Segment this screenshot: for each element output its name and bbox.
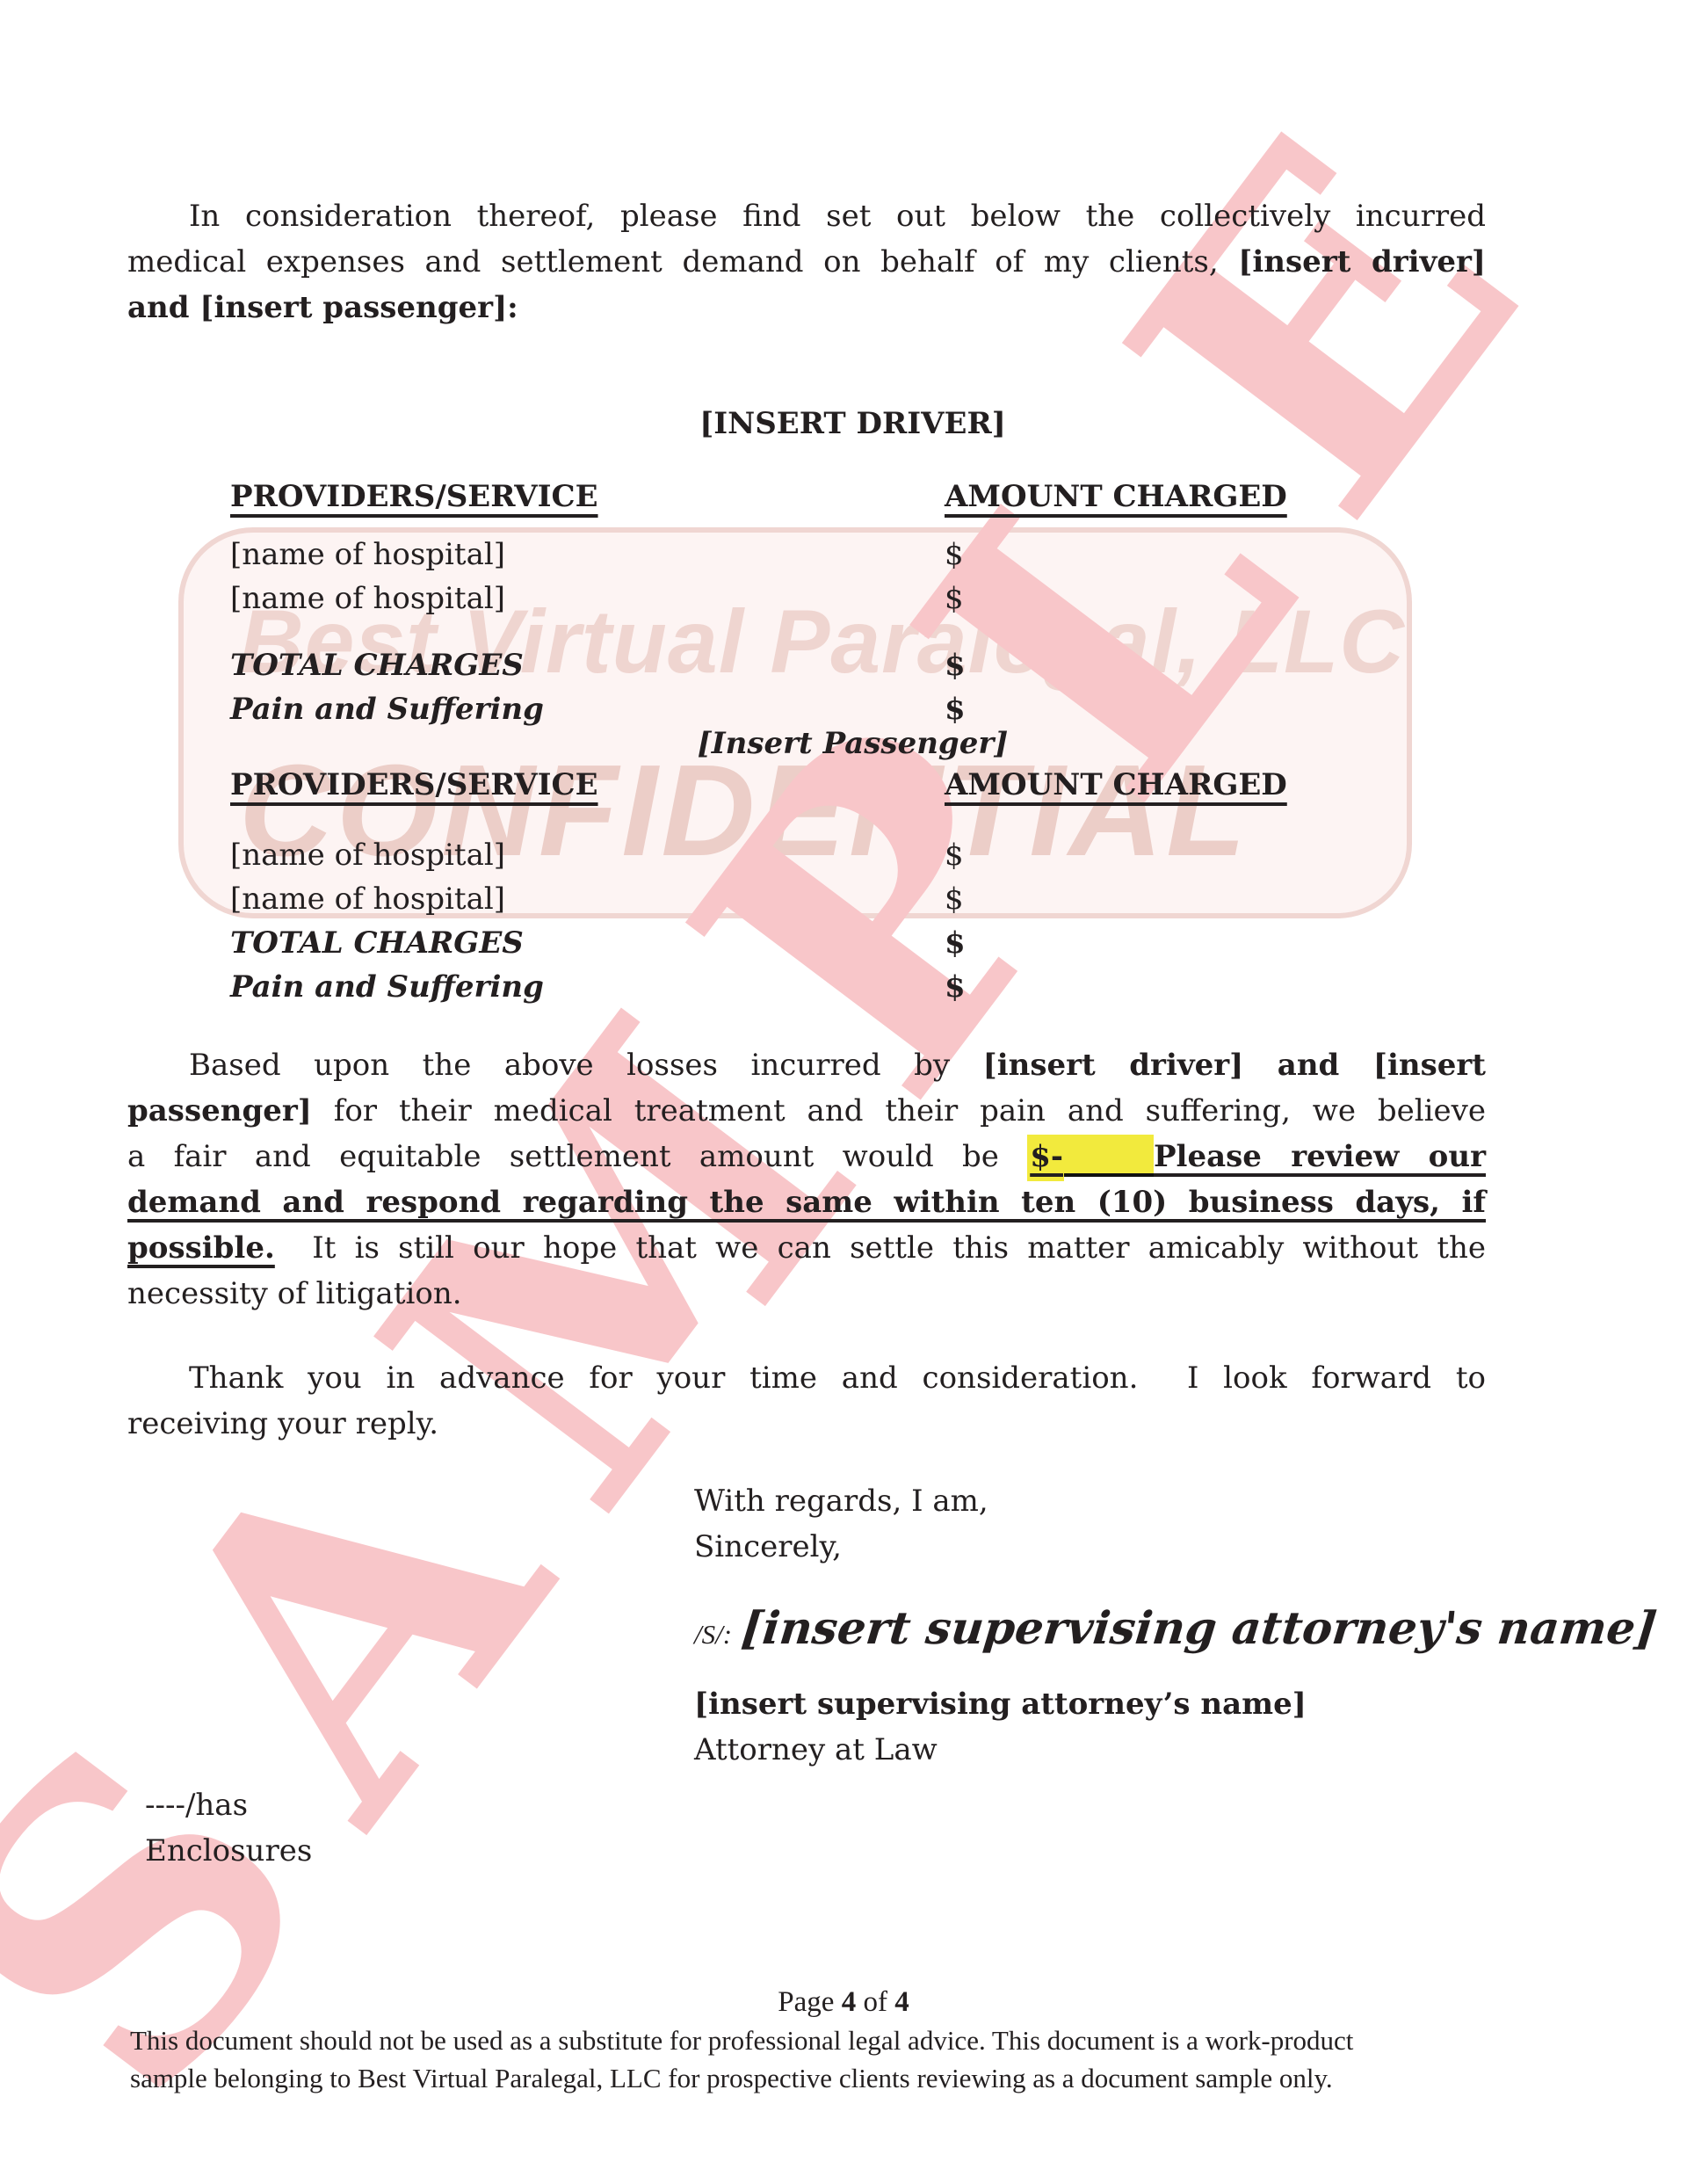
paragraph-line: In consideration thereof, please find se… [127,193,1486,239]
table-header-row: PROVIDERS/SERVICE AMOUNT CHARGED [127,475,1486,519]
enclosures-label: Enclosures [145,1828,312,1874]
paragraph-line: a fair and equitable settlement amount w… [127,1134,1486,1179]
paragraph-thank-you: Thank you in advance for your time and c… [127,1355,1486,1447]
attorney-printed-name: [insert supervising attorney’s name] [694,1681,1485,1727]
settlement-amount-highlight: $- [1027,1135,1064,1181]
signature-script-name: [insert supervising attorney's name] [738,1598,1660,1659]
document-page: { "watermark": { "sample_text": "SAMPLE"… [0,0,1687,2184]
table-header-row: PROVIDERS/SERVICE AMOUNT CHARGED [127,763,1486,807]
paragraph-settlement-demand: Based upon the above losses incurred by … [127,1042,1486,1317]
providers-service-header: PROVIDERS/SERVICE [230,475,945,519]
table-total-row: Pain and Suffering $ [127,965,1486,1009]
table-row: [name of hospital] $ [127,533,1486,577]
table-row: [name of hospital] $ [127,833,1486,877]
paragraph-line: demand and respond regarding the same wi… [127,1179,1486,1225]
signature-script-line: /S/: [insert supervising attorney's name… [694,1598,1485,1665]
table-row: [name of hospital] $ [127,877,1486,921]
paragraph-line: passenger] for their medical treatment a… [127,1088,1486,1134]
signature-block: With regards, I am, Sincerely, /S/: [ins… [694,1478,1485,1773]
paragraph-line: medical expenses and settlement demand o… [127,239,1486,285]
attorney-title: Attorney at Law [694,1727,1485,1773]
amount-charged-header: AMOUNT CHARGED [945,475,1287,519]
amount-charged-header: AMOUNT CHARGED [945,763,1287,807]
paragraph-line: possible. It is still our hope that we c… [127,1225,1486,1271]
typist-initials: ----/has [145,1782,312,1828]
paragraph-line: receiving your reply. [127,1401,1486,1447]
footer-disclaimer: This document should not be used as a su… [130,2021,1589,2097]
passenger-charges-table: PROVIDERS/SERVICE AMOUNT CHARGED [name o… [127,763,1486,1009]
paragraph-consideration: In consideration thereof, please find se… [127,193,1486,330]
driver-charges-table: PROVIDERS/SERVICE AMOUNT CHARGED [name o… [127,475,1486,731]
disclaimer-line: sample belonging to Best Virtual Paraleg… [130,2059,1589,2097]
closing-block: ----/has Enclosures [145,1782,312,1874]
paragraph-line: Based upon the above losses incurred by … [127,1042,1486,1088]
page-number: Page 4 of 4 [0,1983,1687,2021]
paragraph-line: Thank you in advance for your time and c… [127,1355,1486,1401]
paragraph-line: and [insert passenger]: [127,285,1486,330]
sincerely-line: Sincerely, [694,1524,1485,1570]
table-row: [name of hospital] $ [127,577,1486,620]
table-total-row: TOTAL CHARGES $ [127,921,1486,965]
disclaimer-line: This document should not be used as a su… [130,2021,1589,2059]
providers-service-header: PROVIDERS/SERVICE [230,763,945,807]
s-slash-mark: /S/: [694,1619,732,1650]
settlement-amount-blank [1064,1135,1154,1177]
passenger-section-heading: [Insert Passenger] [127,722,1486,765]
regards-line: With regards, I am, [694,1478,1485,1524]
driver-section-heading: [INSERT DRIVER] [127,401,1486,446]
paragraph-line: necessity of litigation. [127,1271,1486,1317]
table-total-row: TOTAL CHARGES $ [127,643,1486,687]
